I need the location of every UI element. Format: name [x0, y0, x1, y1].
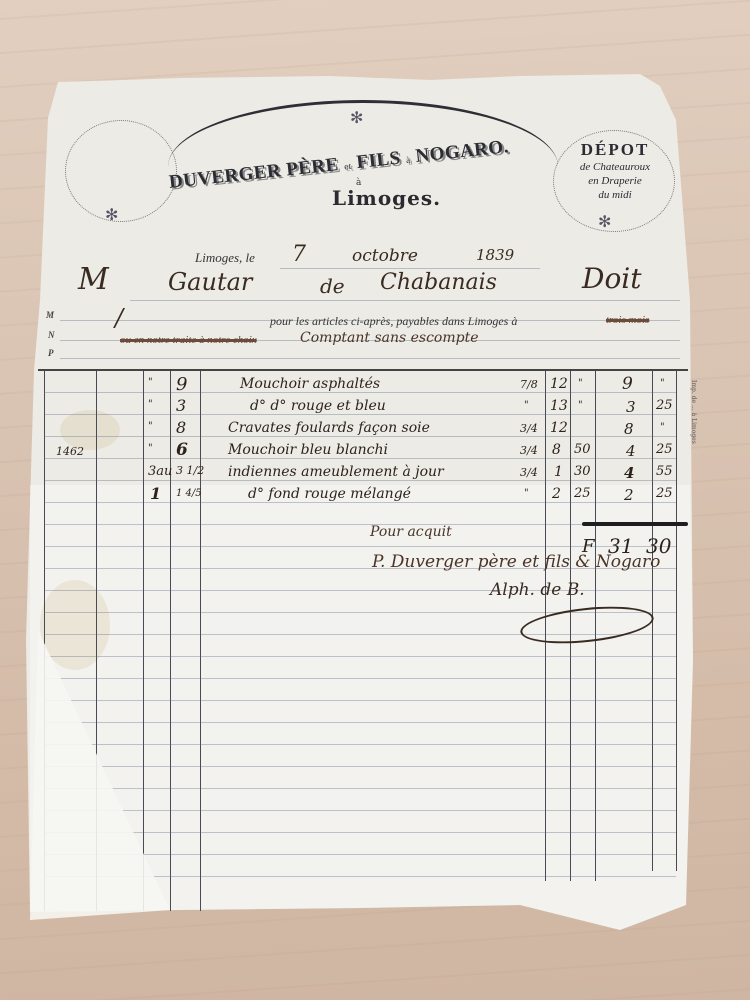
terms-printed: pour les articles ci-après, payables dan… — [270, 314, 517, 329]
ledger-row-rule — [44, 656, 676, 657]
row-price: 2 — [552, 486, 561, 502]
firm-a: à — [406, 155, 412, 165]
terms-flourish: / — [115, 304, 123, 332]
addressee-place: Chabanais — [380, 270, 497, 295]
row-total-centimes: " — [660, 378, 665, 389]
terms-struck-2: ou en notre traite à notre choix — [120, 334, 257, 346]
doit-label: Doit — [582, 262, 642, 295]
row-total-centimes: 25 — [656, 442, 673, 457]
ledger-row-rule — [44, 502, 676, 503]
row-total-centimes: 55 — [656, 464, 673, 479]
ledger-row-rule — [44, 392, 676, 393]
ledger-column-line — [676, 371, 677, 871]
addressee-de: de — [320, 274, 345, 298]
row-pre: " — [148, 421, 153, 432]
depot-line1: de Chateauroux — [560, 160, 670, 174]
invoice-document: ✻ ✻ DUVERGER PÈRE et FILS à NOGARO. à Li… — [0, 0, 750, 1000]
firm-et: et — [344, 161, 353, 172]
row-qty: 8 — [176, 418, 186, 437]
row-qty: 3 1/2 — [176, 464, 204, 477]
row-unit: 7/8 — [520, 378, 538, 391]
signature-firm: P. Duverger père et fils & Nogaro — [372, 552, 660, 572]
row-unit: 3/4 — [520, 422, 538, 435]
addressee-name: Gautar — [168, 268, 252, 296]
row-price-centimes: " — [578, 400, 583, 411]
row-total: 2 — [624, 486, 634, 504]
signature-name: Alph. de B. — [490, 580, 585, 600]
depot-line2: en Draperie — [560, 174, 670, 188]
date-month: octobre — [352, 246, 418, 266]
row-qty: 1 4/5 — [176, 488, 202, 499]
total-underline — [582, 522, 688, 526]
row-qty: 6 — [176, 440, 188, 460]
row-description: d° d° rouge et bleu — [250, 398, 386, 414]
row-total: 4 — [626, 442, 636, 460]
ledger-column-line — [200, 371, 201, 911]
margin-mark-n: N — [48, 330, 55, 340]
ledger-row-rule — [44, 810, 676, 811]
left-wreath — [65, 120, 177, 222]
row-unit: 3/4 — [520, 444, 538, 457]
ledger-row-rule — [44, 414, 676, 415]
row-total-centimes: 25 — [656, 486, 673, 501]
ledger-row-rule — [44, 722, 676, 723]
row-pre: " — [148, 399, 153, 410]
row-price: 13 — [550, 398, 568, 414]
row-total: 4 — [624, 464, 634, 482]
row-total: 9 — [622, 374, 633, 394]
row-price-centimes: " — [578, 378, 583, 389]
row-total-centimes: 25 — [656, 398, 673, 413]
row-pre: " — [148, 377, 153, 388]
depot-line3: du midi — [560, 188, 670, 202]
row-description: d° fond rouge mélangé — [248, 486, 411, 502]
date-day: 7 — [292, 242, 306, 267]
row-total-centimes: " — [660, 422, 665, 433]
ledger-column-line — [170, 371, 171, 911]
depot-title: DÉPOT — [560, 140, 670, 160]
date-rule — [280, 268, 540, 269]
stain — [540, 940, 570, 970]
row-description: Mouchoir asphaltés — [240, 376, 380, 392]
terms-struck-1: trois mois — [606, 314, 649, 326]
stain — [60, 410, 120, 450]
ledger-row-rule — [44, 678, 676, 679]
row-description: Mouchoir bleu blanchi — [228, 442, 388, 458]
ledger-ref-number: 1462 — [56, 445, 84, 458]
ledger-row-rule — [44, 436, 676, 437]
star-ornament-icon: ✻ — [105, 205, 118, 224]
printer-imprint: Imp. de ... à Limoges — [690, 380, 697, 444]
row-pre: 3au — [148, 464, 172, 479]
depot-block: DÉPOT de Chateauroux en Draperie du midi — [560, 140, 670, 202]
ledger-column-line — [143, 371, 144, 911]
row-unit: 3/4 — [520, 466, 538, 479]
margin-mark-p: P — [48, 348, 54, 358]
addressee-rule — [130, 300, 680, 301]
row-price-centimes: 50 — [574, 442, 591, 457]
row-description: indiennes ameublement à jour — [228, 464, 444, 480]
row-price: 1 — [554, 464, 563, 480]
firm-name-part2: FILS — [356, 148, 402, 174]
row-unit: " — [524, 400, 529, 411]
ledger-row-rule — [44, 766, 676, 767]
row-pre: " — [148, 443, 153, 454]
pour-acquit: Pour acquit — [370, 524, 452, 540]
row-price: 8 — [552, 442, 561, 458]
margin-mark-m: M — [46, 310, 54, 320]
row-unit: " — [524, 488, 529, 499]
ledger-row-rule — [44, 458, 676, 459]
ledger-row-rule — [44, 788, 676, 789]
letterhead-city: Limoges. — [332, 186, 441, 210]
row-price-centimes: 30 — [574, 464, 591, 479]
ledger-row-rule — [44, 832, 676, 833]
row-total: 3 — [626, 398, 636, 416]
terms-rule — [60, 358, 680, 359]
row-total: 8 — [624, 420, 634, 438]
ledger-row-rule — [44, 480, 676, 481]
row-price-centimes: 25 — [574, 486, 591, 501]
row-pre: 1 — [150, 484, 161, 503]
ledger-row-rule — [44, 700, 676, 701]
date-year: 1839 — [476, 246, 514, 264]
terms-handwritten: Comptant sans escompte — [300, 330, 479, 346]
row-price: 12 — [550, 376, 568, 392]
star-ornament-icon: ✻ — [598, 212, 611, 231]
row-qty: 3 — [176, 396, 186, 415]
row-qty: 9 — [176, 374, 187, 395]
row-description: Cravates foulards façon soie — [228, 420, 430, 436]
date-place: Limoges, le — [195, 250, 255, 266]
ledger-row-rule — [44, 744, 676, 745]
row-price: 12 — [550, 420, 568, 436]
addressee-prefix: M — [78, 262, 109, 297]
star-ornament-icon: ✻ — [350, 108, 363, 127]
ledger-top-rule — [38, 369, 688, 371]
